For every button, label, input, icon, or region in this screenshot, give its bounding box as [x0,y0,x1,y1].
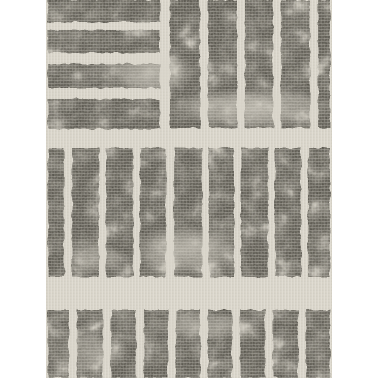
fabric-print-svg [46,0,332,378]
product-photo [0,0,378,378]
weave-overlay [46,0,332,378]
fabric-swatch [46,0,332,378]
